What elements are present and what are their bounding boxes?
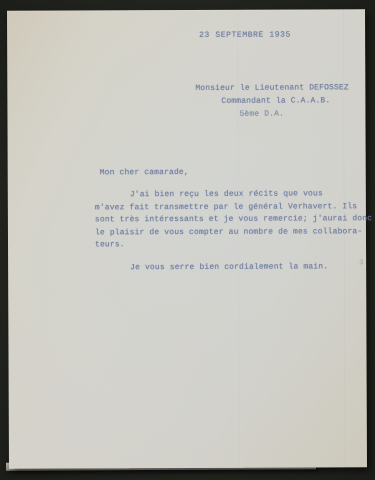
photo-background: 23 SEPTEMBRE 1935 Monsieur le Lieutenant… xyxy=(0,0,375,480)
letter-date: 23 SEPTEMBRE 1935 xyxy=(199,31,291,40)
body-line-5: teurs. xyxy=(95,240,125,249)
body-line-2: m'avez fait transmettre par le général V… xyxy=(95,202,357,212)
body-line-4: le plaisir de vous compter au nombre de … xyxy=(95,227,362,237)
recipient-title: Commandant la C.A.A.B. xyxy=(221,96,330,105)
margin-pencil-mark: 3 xyxy=(359,259,363,267)
salutation: Mon cher camarade, xyxy=(100,168,189,177)
closing-line: Je vous serre bien cordialement la main. xyxy=(130,262,328,272)
body-line-3: sont très intéressants et je vous remerc… xyxy=(95,214,372,224)
body-line-1: J'ai bien reçu les deux récits que vous xyxy=(130,189,323,199)
letter-page: 23 SEPTEMBRE 1935 Monsieur le Lieutenant… xyxy=(7,9,367,469)
recipient-unit: 5ème D.A. xyxy=(239,110,284,119)
paper-fold-right xyxy=(343,9,347,467)
recipient-name: Monsieur le Lieutenant DEFOSSEZ xyxy=(195,83,349,93)
paper-fold-center xyxy=(237,10,241,468)
